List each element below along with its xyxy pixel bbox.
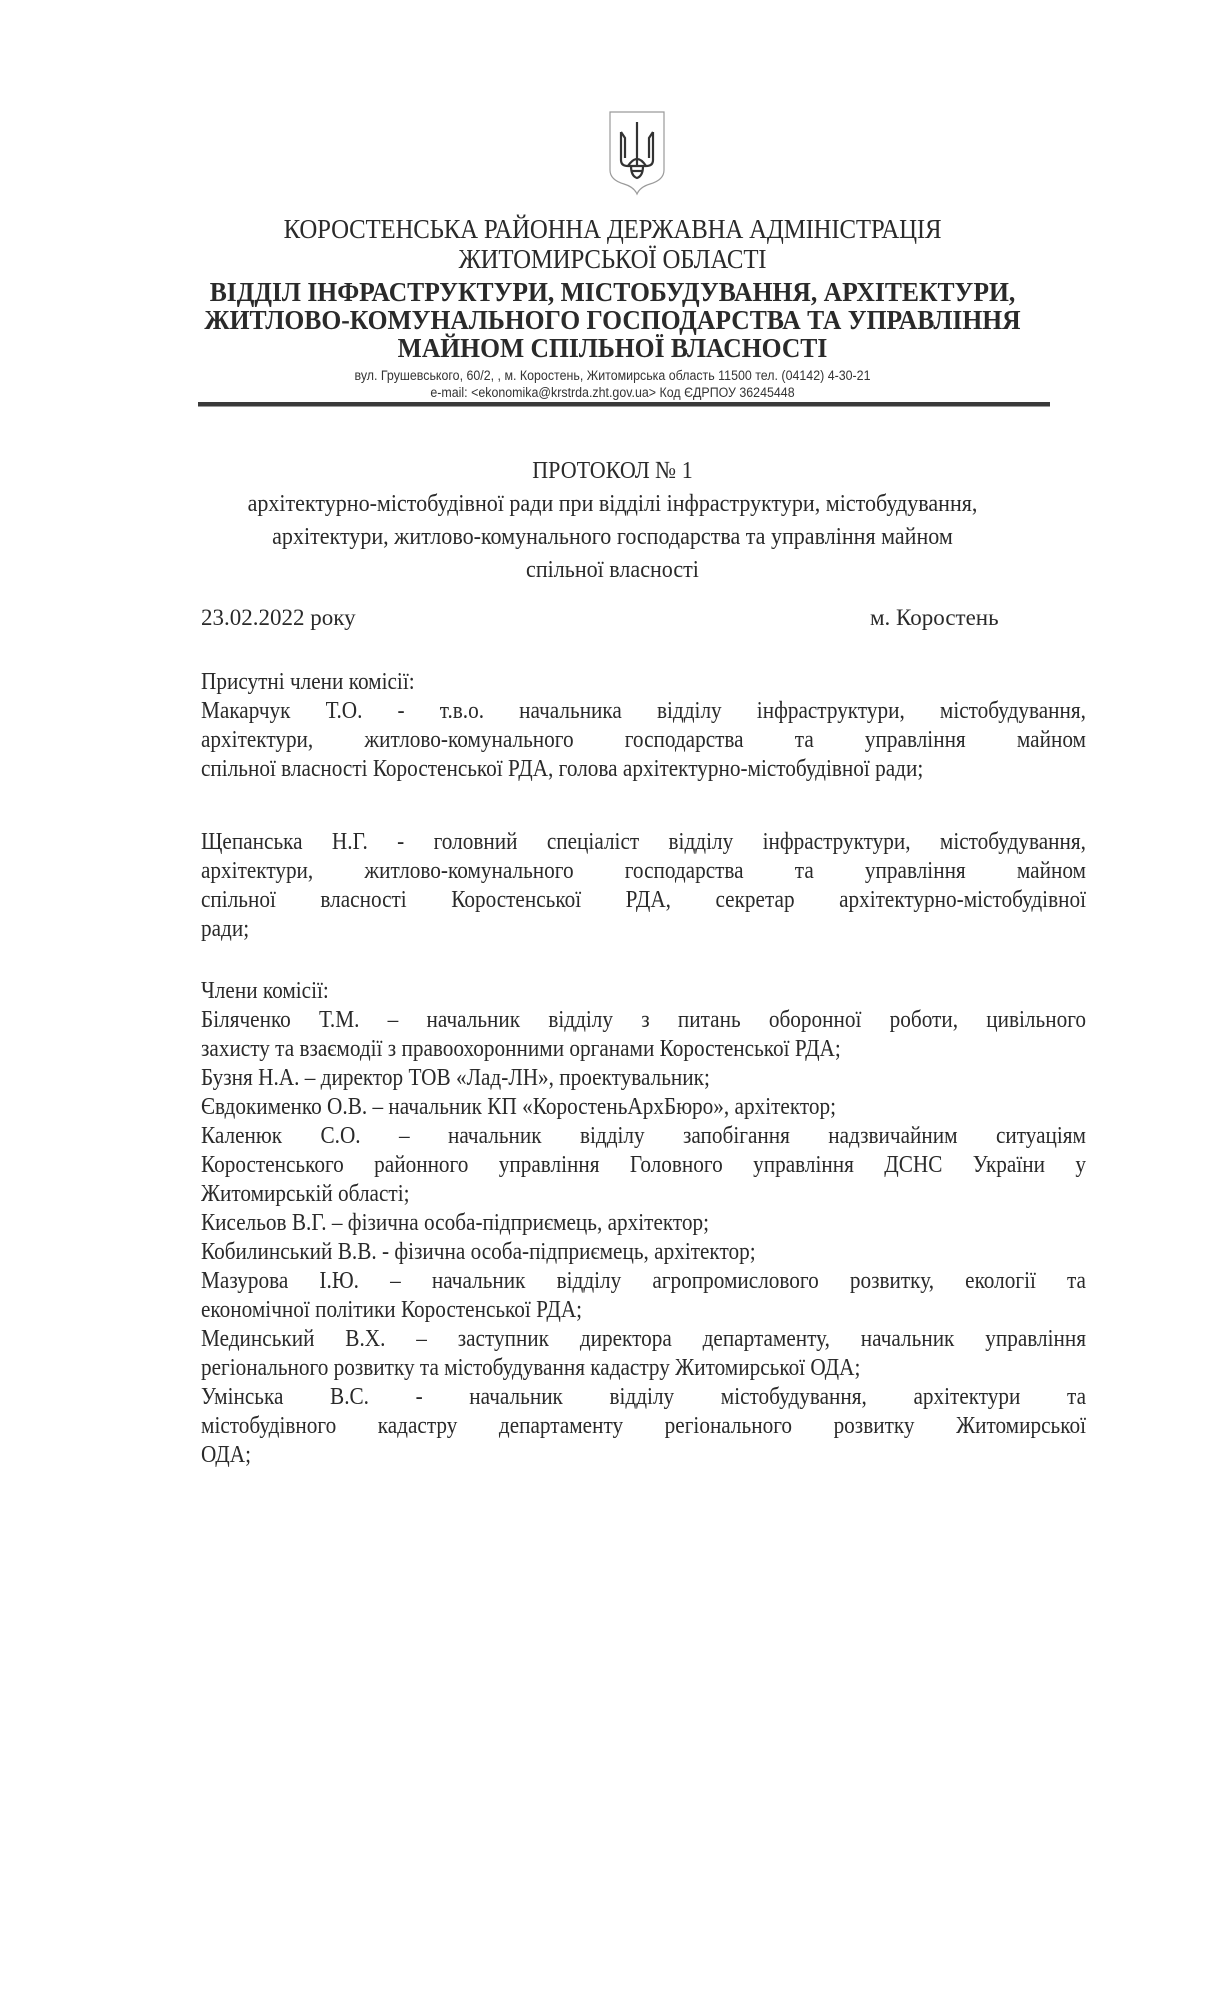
chair-line: Макарчук Т.О. - т.в.о. начальника відділ… [201,697,1086,726]
address-line: вул. Грушевського, 60/2, , м. Коростень,… [49,368,1176,383]
org-name-line2: ЖИТОМИРСЬКОЇ ОБЛАСТІ [49,244,1176,275]
members-heading: Члени комісії: [201,977,1086,1006]
secretary-section: Щепанська Н.Г. - головний спеціаліст від… [201,828,1086,944]
members-section: Члени комісії: Біляченко Т.М. – начальни… [201,977,1086,1470]
member-line: Мединський В.Х. – заступник директора де… [201,1325,1086,1354]
protocol-title: ПРОТОКОЛ № 1 [61,454,1164,487]
member-line: Умінська В.С. - начальник відділу містоб… [201,1383,1086,1412]
member-line: Кисельов В.Г. – фізична особа-підприємец… [201,1209,1086,1238]
member-line: Кобилинський В.В. - фізична особа-підпри… [201,1238,1086,1267]
chair-line: архітектури, житлово-комунального господ… [201,726,1086,755]
member-line: регіонального розвитку та містобудування… [201,1354,1086,1383]
member-line: містобудівного кадастру департаменту рег… [201,1412,1086,1441]
protocol-date: 23.02.2022 року [201,605,356,631]
member-line: Каленюк С.О. – начальник відділу запобіг… [201,1122,1086,1151]
contacts-line: e-mail: <ekonomika@krstrda.zht.gov.ua> К… [49,385,1176,400]
secretary-line: Щепанська Н.Г. - головний спеціаліст від… [201,828,1086,857]
member-line: Бузня Н.А. – директор ТОВ «Лад-ЛН», прое… [201,1064,1086,1093]
chair-line: спільної власності Коростенської РДА, го… [201,755,1086,784]
secretary-line: архітектури, житлово-комунального господ… [201,857,1086,886]
secretary-line: ради; [201,915,1086,944]
protocol-subtitle-line2: архітектури, житлово-комунального господ… [61,520,1164,553]
org-name-line1: КОРОСТЕНСЬКА РАЙОННА ДЕРЖАВНА АДМІНІСТРА… [49,214,1176,245]
present-heading: Присутні члени комісії: [201,668,1086,697]
member-line: Біляченко Т.М. – начальник відділу з пит… [201,1006,1086,1035]
member-line: Житомирській області; [201,1180,1086,1209]
present-section: Присутні члени комісії: Макарчук Т.О. - … [201,668,1086,784]
member-line: ОДА; [201,1441,1086,1470]
tryzub-coat-of-arms-icon [606,108,668,196]
protocol-subtitle-line1: архітектурно-містобудівної ради при відд… [61,487,1164,520]
dept-name-line3: МАЙНОМ СПІЛЬНОЇ ВЛАСНОСТІ [43,332,1182,364]
letterhead-divider [198,402,1050,407]
secretary-line: спільної власності Коростенської РДА, се… [201,886,1086,915]
member-line: економічної політики Коростенської РДА; [201,1296,1086,1325]
member-line: Євдокименко О.В. – начальник КП «Коросте… [201,1093,1086,1122]
member-line: Мазурова І.Ю. – начальник відділу агропр… [201,1267,1086,1296]
protocol-city: м. Коростень [870,605,999,631]
member-line: захисту та взаємодії з правоохоронними о… [201,1035,1086,1064]
protocol-title-block: ПРОТОКОЛ № 1 архітектурно-містобудівної … [61,454,1164,586]
member-line: Коростенського районного управління Голо… [201,1151,1086,1180]
protocol-subtitle-line3: спільної власності [61,553,1164,586]
